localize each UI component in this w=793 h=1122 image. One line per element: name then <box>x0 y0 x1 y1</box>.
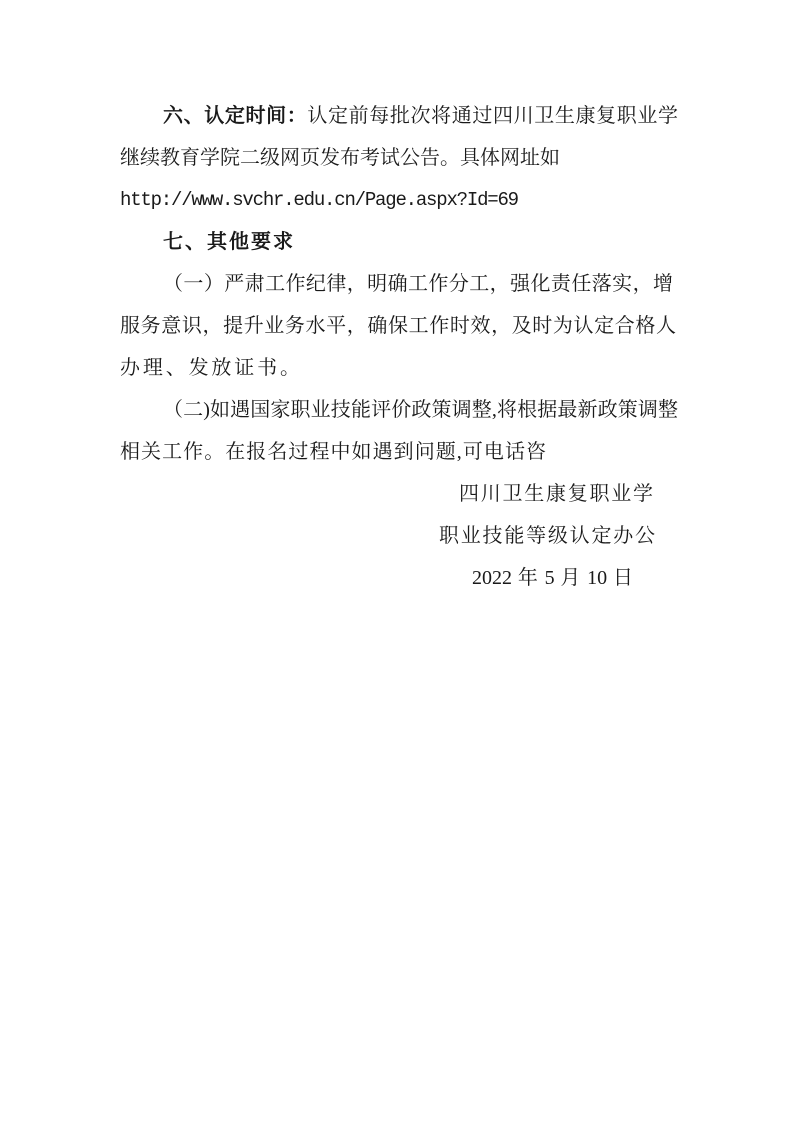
section7-item2-line2: 相关工作。在报名过程中如遇到问题,可电话咨询。 <box>120 431 546 473</box>
section6-line1: 六、认定时间：认定前每批次将通过四川卫生康复职业学院 <box>120 95 678 137</box>
section6-line2: 继续教育学院二级网页发布考试公告。具体网址如下： <box>120 137 560 179</box>
signature-org-line1: 四川卫生康复职业学院 <box>459 473 653 515</box>
section7-heading: 七、其他要求 <box>120 221 293 263</box>
document-page: 六、认定时间：认定前每批次将通过四川卫生康复职业学院 继续教育学院二级网页发布考… <box>0 0 793 1122</box>
section6-heading: 六、认定时间： <box>163 105 307 127</box>
section7-item2-line1: （二)如遇国家职业技能评价政策调整,将根据最新政策调整 <box>120 389 678 431</box>
section7-item1-line1: （一）严肃工作纪律，明确工作分工，强化责任落实，增强 <box>120 263 673 305</box>
section7-item1-line3: 办理、发放证书。 <box>120 347 300 389</box>
document-content: 六、认定时间：认定前每批次将通过四川卫生康复职业学院 继续教育学院二级网页发布考… <box>120 95 678 599</box>
section6-url: http://www.svchr.edu.cn/Page.aspx?Id=69 <box>120 179 678 221</box>
section7-item1-line2: 服务意识，提升业务水平，确保工作时效，及时为认定合格人员 <box>120 305 676 347</box>
signature-date: 2022 年 5 月 10 日 <box>472 557 633 599</box>
signature-org-line2: 职业技能等级认定办公室 <box>439 515 655 557</box>
